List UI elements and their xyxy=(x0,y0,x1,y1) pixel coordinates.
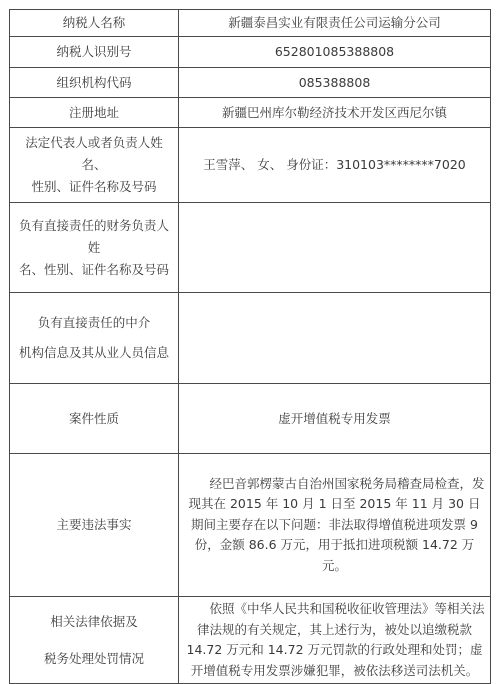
table-row: 法定代表人或者负责人姓名、 性别、证件名称及号码 王雪萍、 女、 身份证：310… xyxy=(10,128,491,203)
label-line: 相关法律依据及 xyxy=(14,611,174,633)
label-line: 负有直接责任的财务负责人姓 xyxy=(14,215,174,259)
table-row: 主要违法事实 经巴音郭楞蒙古自治州国家税务局稽查局检查，发现其在 2015 年 … xyxy=(10,454,491,597)
row-label-taxpayer-name: 纳税人名称 xyxy=(10,10,179,37)
table-row: 注册地址 新疆巴州库尔勒经济技术开发区西尼尔镇 xyxy=(10,98,491,128)
row-value-taxpayer-id: 652801085388808 xyxy=(179,37,491,68)
row-label-case-nature: 案件性质 xyxy=(10,384,179,454)
row-value-finance-responsible xyxy=(179,203,491,293)
row-value-case-nature: 虚开增值税专用发票 xyxy=(179,384,491,454)
table-row: 组织机构代码 085388808 xyxy=(10,68,491,98)
legal-basis-paragraph: 依照《中华人民共和国税收征收管理法》等相关法律法规的有关规定，其上述行为，被处以… xyxy=(183,599,486,681)
table-row: 负有直接责任的财务负责人姓 名、性别、证件名称及号码 xyxy=(10,203,491,293)
row-label-legal-basis: 相关法律依据及 税务处理处罚情况 xyxy=(10,597,179,684)
row-label-intermediary-info: 负有直接责任的中介 机构信息及其从业人员信息 xyxy=(10,293,179,384)
table-row: 纳税人识别号 652801085388808 xyxy=(10,37,491,68)
taxpayer-info-table: 纳税人名称 新疆泰昌实业有限责任公司运输分公司 纳税人识别号 652801085… xyxy=(9,9,491,684)
label-line: 机构信息及其从业人员信息 xyxy=(14,342,174,364)
row-value-legal-basis: 依照《中华人民共和国税收征收管理法》等相关法律法规的有关规定，其上述行为，被处以… xyxy=(179,597,491,684)
table-row: 相关法律依据及 税务处理处罚情况 依照《中华人民共和国税收征收管理法》等相关法律… xyxy=(10,597,491,684)
row-value-org-code: 085388808 xyxy=(179,68,491,98)
row-label-registered-address: 注册地址 xyxy=(10,98,179,128)
row-value-legal-representative: 王雪萍、 女、 身份证：310103********7020 xyxy=(179,128,491,203)
row-value-intermediary-info xyxy=(179,293,491,384)
row-label-org-code: 组织机构代码 xyxy=(10,68,179,98)
label-line: 性别、证件名称及号码 xyxy=(14,176,174,198)
row-label-legal-representative: 法定代表人或者负责人姓名、 性别、证件名称及号码 xyxy=(10,128,179,203)
table-row: 纳税人名称 新疆泰昌实业有限责任公司运输分公司 xyxy=(10,10,491,37)
row-label-main-violation-facts: 主要违法事实 xyxy=(10,454,179,597)
violation-facts-paragraph: 经巴音郭楞蒙古自治州国家税务局稽查局检查，发现其在 2015 年 10 月 1 … xyxy=(183,474,486,577)
table-row: 负有直接责任的中介 机构信息及其从业人员信息 xyxy=(10,293,491,384)
document-page: 纳税人名称 新疆泰昌实业有限责任公司运输分公司 纳税人识别号 652801085… xyxy=(0,0,500,675)
label-line: 名、性别、证件名称及号码 xyxy=(14,259,174,281)
table-row: 案件性质 虚开增值税专用发票 xyxy=(10,384,491,454)
row-label-taxpayer-id: 纳税人识别号 xyxy=(10,37,179,68)
label-line: 税务处理处罚情况 xyxy=(14,648,174,670)
row-label-finance-responsible: 负有直接责任的财务负责人姓 名、性别、证件名称及号码 xyxy=(10,203,179,293)
row-value-main-violation-facts: 经巴音郭楞蒙古自治州国家税务局稽查局检查，发现其在 2015 年 10 月 1 … xyxy=(179,454,491,597)
label-line: 法定代表人或者负责人姓名、 xyxy=(14,132,174,176)
row-value-taxpayer-name: 新疆泰昌实业有限责任公司运输分公司 xyxy=(179,10,491,37)
label-line: 负有直接责任的中介 xyxy=(14,312,174,334)
row-value-registered-address: 新疆巴州库尔勒经济技术开发区西尼尔镇 xyxy=(179,98,491,128)
